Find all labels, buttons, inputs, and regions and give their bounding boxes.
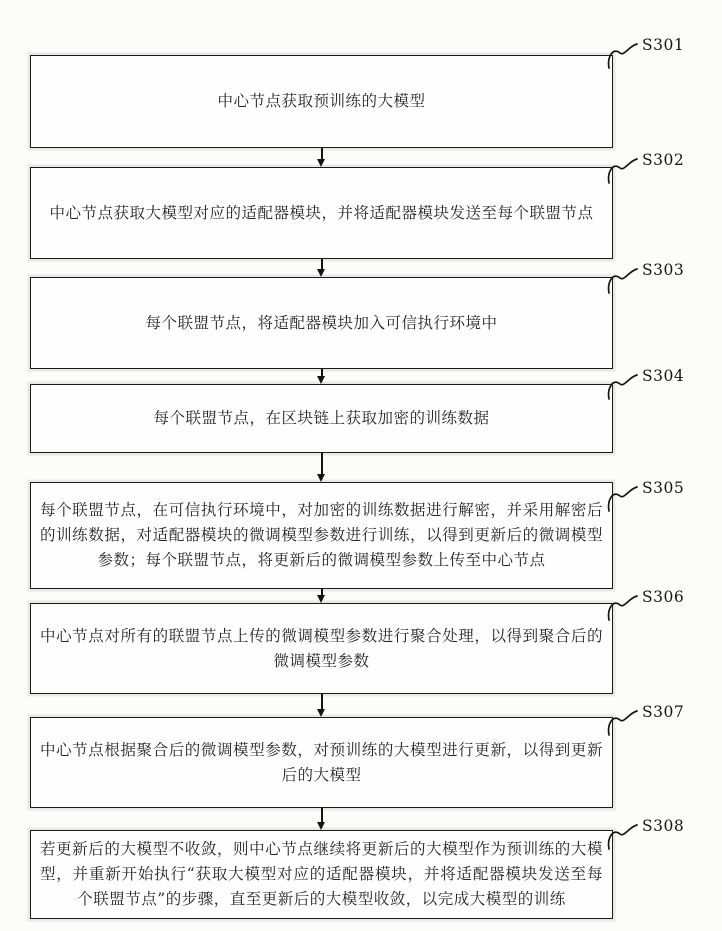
leader-curve-icon (607, 155, 639, 185)
flow-arrow-down (317, 694, 327, 717)
step-text: 中心节点根据聚合后的微调模型参数，对预训练的大模型进行更新，以得到更新后的大模型 (40, 738, 603, 788)
step-ref-s301: S301 (607, 36, 684, 70)
step-box-s306: 中心节点对所有的联盟节点上传的微调模型参数进行聚合处理，以得到聚合后的微调模型参… (30, 603, 613, 694)
step-ref-label: S305 (642, 479, 684, 497)
step-box-s307: 中心节点根据聚合后的微调模型参数，对预训练的大模型进行更新，以得到更新后的大模型 (30, 717, 613, 808)
step-box-s302: 中心节点获取大模型对应的适配器模块，并将适配器模块发送至每个联盟节点 (30, 167, 613, 259)
flow-arrow-down (317, 369, 327, 384)
step-ref-label: S308 (642, 817, 684, 835)
step-ref-s305: S305 (607, 479, 684, 513)
step-box-s308: 若更新后的大模型不收敛，则中心节点继续将更新后的大模型作为预训练的大模型，并重新… (30, 830, 613, 919)
step-ref-s308: S308 (607, 817, 684, 851)
flow-arrow-down (317, 148, 327, 167)
leader-curve-icon (607, 371, 639, 401)
step-text: 中心节点对所有的联盟节点上传的微调模型参数进行聚合处理，以得到聚合后的微调模型参… (40, 624, 603, 674)
leader-curve-icon (607, 40, 639, 70)
step-ref-label: S301 (642, 36, 684, 54)
leader-curve-icon (607, 707, 639, 737)
step-ref-s302: S302 (607, 151, 684, 185)
step-box-s304: 每个联盟节点，在区块链上获取加密的训练数据 (30, 384, 613, 453)
step-text: 若更新后的大模型不收敛，则中心节点继续将更新后的大模型作为预训练的大模型，并重新… (40, 837, 603, 912)
step-ref-s307: S307 (607, 703, 684, 737)
flow-arrow-down (317, 259, 327, 277)
leader-curve-icon (607, 265, 639, 295)
step-ref-label: S304 (642, 367, 684, 385)
step-box-s303: 每个联盟节点，将适配器模块加入可信执行环境中 (30, 277, 613, 369)
step-text: 中心节点获取预训练的大模型 (217, 89, 425, 114)
step-ref-label: S307 (642, 703, 684, 721)
step-ref-s303: S303 (607, 261, 684, 295)
step-text: 每个联盟节点，在可信执行环境中，对加密的训练数据进行解密，并采用解密后的训练数据… (40, 498, 603, 573)
step-ref-label: S302 (642, 151, 684, 169)
step-box-s301: 中心节点获取预训练的大模型 (30, 55, 613, 148)
flow-arrow-down (317, 453, 327, 482)
step-ref-label: S303 (642, 261, 684, 279)
step-ref-s306: S306 (607, 588, 684, 622)
flow-arrow-down (317, 808, 327, 830)
flow-arrow-down (317, 589, 327, 603)
step-text: 每个联盟节点，将适配器模块加入可信执行环境中 (145, 311, 497, 336)
step-text: 中心节点获取大模型对应的适配器模块，并将适配器模块发送至每个联盟节点 (49, 201, 593, 226)
leader-curve-icon (607, 821, 639, 851)
step-text: 每个联盟节点，在区块链上获取加密的训练数据 (153, 406, 489, 431)
leader-curve-icon (607, 483, 639, 513)
step-box-s305: 每个联盟节点，在可信执行环境中，对加密的训练数据进行解密，并采用解密后的训练数据… (30, 482, 613, 589)
leader-curve-icon (607, 592, 639, 622)
flowchart-figure: 中心节点获取预训练的大模型 S301 中心节点获取大模型对应的适配器模块，并将适… (0, 0, 722, 931)
step-ref-label: S306 (642, 588, 684, 606)
step-ref-s304: S304 (607, 367, 684, 401)
